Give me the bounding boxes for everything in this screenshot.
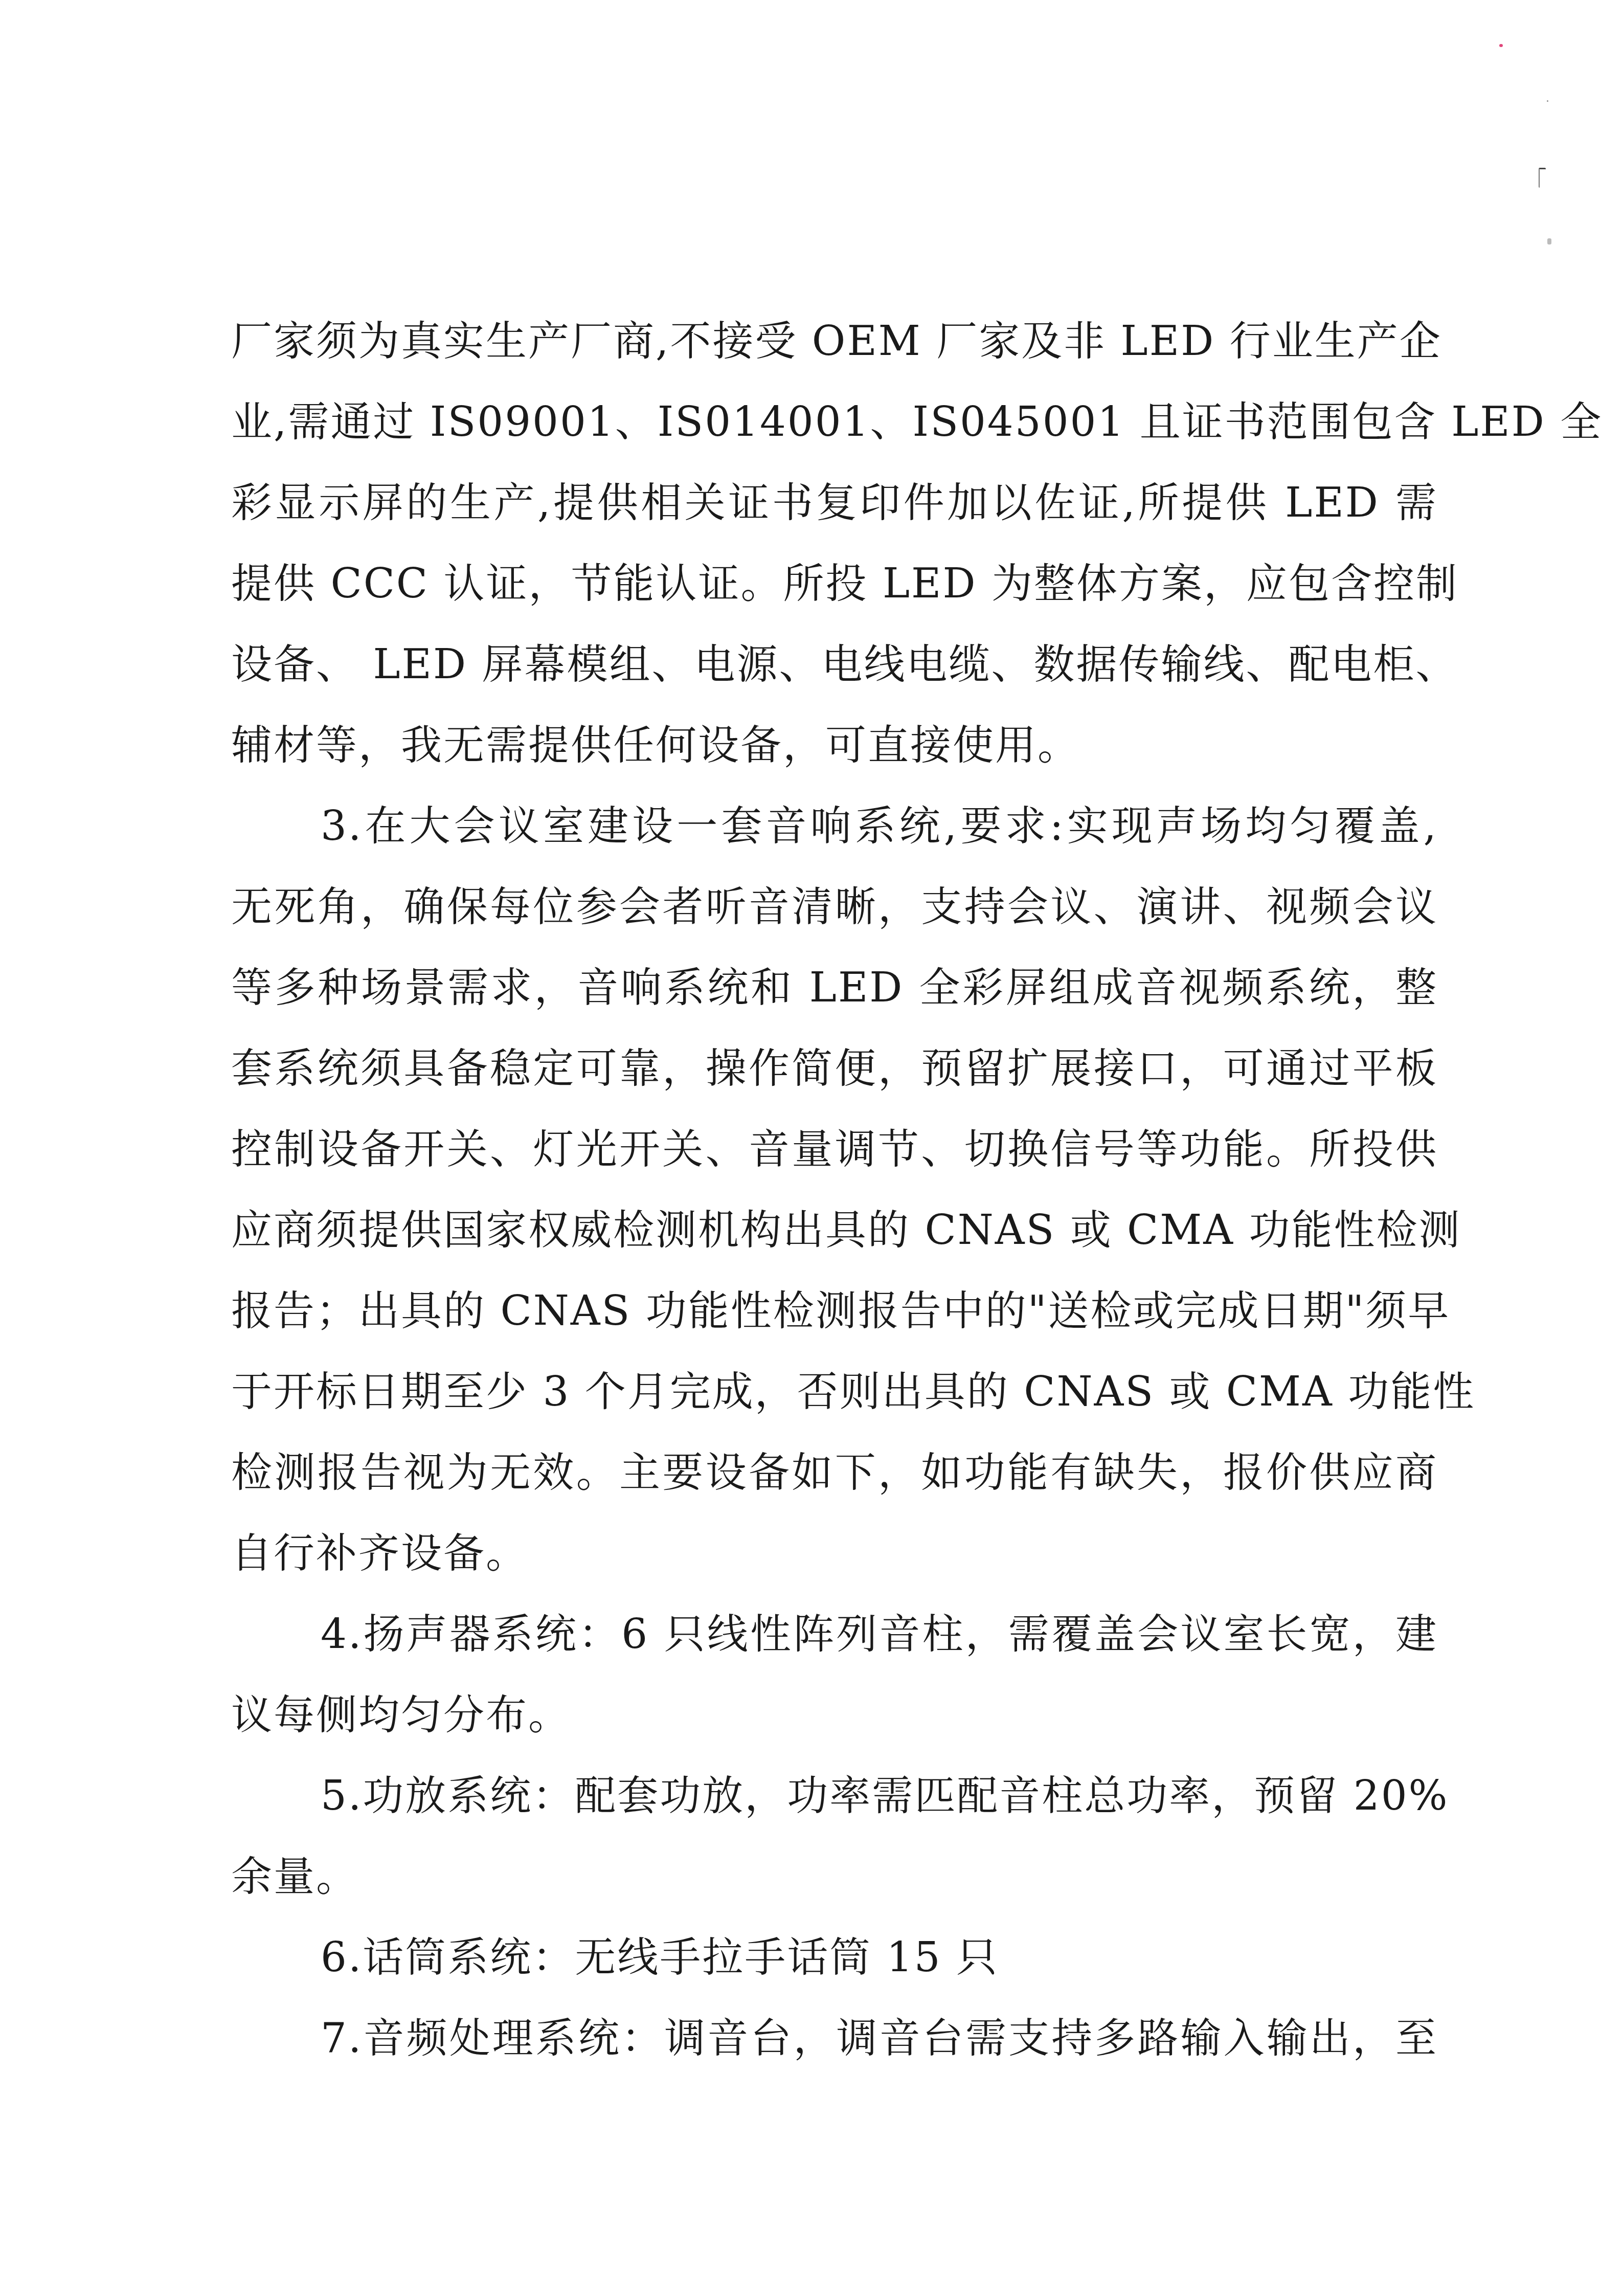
text-line: 彩显示屏的生产,提供相关证书复印件加以佐证,所提供 LED 需 bbox=[231, 462, 1438, 543]
text-line: 设备、 LED 屏幕模组、电源、电线电缆、数据传输线、配电柜、 bbox=[231, 624, 1438, 705]
paragraph-item-5: 5.功放系统：配套功放，功率需匹配音柱总功率，预留 20% 余量。 bbox=[231, 1755, 1438, 1917]
text-line: 6.话筒系统：无线手拉手话筒 15 只 bbox=[231, 1917, 1438, 1998]
text-line: 辅材等，我无需提供任何设备，可直接使用。 bbox=[231, 705, 1438, 786]
text-line: 3.在大会议室建设一套音响系统,要求:实现声场均匀覆盖, bbox=[231, 786, 1438, 866]
text-line: 报告；出具的 CNAS 功能性检测报告中的"送检或完成日期"须早 bbox=[231, 1270, 1438, 1351]
text-line: 等多种场景需求，音响系统和 LED 全彩屏组成音视频系统，整 bbox=[231, 947, 1438, 1028]
text-line: 无死角，确保每位参会者听音清晰，支持会议、演讲、视频会议 bbox=[231, 866, 1438, 947]
text-line: 检测报告视为无效。主要设备如下，如功能有缺失，报价供应商 bbox=[231, 1432, 1438, 1513]
text-line: 应商须提供国家权威检测机构出具的 CNAS 或 CMA 功能性检测 bbox=[231, 1190, 1438, 1270]
paragraph-item-3: 3.在大会议室建设一套音响系统,要求:实现声场均匀覆盖, 无死角，确保每位参会者… bbox=[231, 786, 1438, 1594]
text-line: 议每侧均匀分布。 bbox=[231, 1675, 1438, 1755]
text-line: 7.音频处理系统：调音台，调音台需支持多路输入输出，至 bbox=[231, 1998, 1438, 2079]
paragraph-item-7: 7.音频处理系统：调音台，调音台需支持多路输入输出，至 bbox=[231, 1998, 1438, 2079]
text-line: 5.功放系统：配套功放，功率需匹配音柱总功率，预留 20% bbox=[231, 1755, 1438, 1836]
text-line: 厂家须为真实生产厂商,不接受 OEM 厂家及非 LED 行业生产企 bbox=[231, 301, 1438, 382]
body-text: 厂家须为真实生产厂商,不接受 OEM 厂家及非 LED 行业生产企 业,需通过 … bbox=[231, 301, 1438, 2079]
text-line: 套系统须具备稳定可靠，操作简便，预留扩展接口，可通过平板 bbox=[231, 1028, 1438, 1109]
stray-dust-mark bbox=[1547, 100, 1548, 102]
stray-smudge-mark bbox=[1547, 238, 1551, 244]
paragraph-item-4: 4.扬声器系统：6 只线性阵列音柱，需覆盖会议室长宽，建 议每侧均匀分布。 bbox=[231, 1594, 1438, 1755]
stray-scan-mark bbox=[1539, 168, 1546, 188]
text-line: 提供 CCC 认证，节能认证。所投 LED 为整体方案，应包含控制 bbox=[231, 543, 1438, 624]
paragraph-item-6: 6.话筒系统：无线手拉手话筒 15 只 bbox=[231, 1917, 1438, 1998]
text-line: 于开标日期至少 3 个月完成，否则出具的 CNAS 或 CMA 功能性 bbox=[231, 1351, 1438, 1432]
text-line: 控制设备开关、灯光开关、音量调节、切换信号等功能。所投供 bbox=[231, 1109, 1438, 1190]
text-line: 自行补齐设备。 bbox=[231, 1513, 1438, 1594]
text-line: 4.扬声器系统：6 只线性阵列音柱，需覆盖会议室长宽，建 bbox=[231, 1594, 1438, 1675]
text-line: 业,需通过 IS09001、IS014001、IS045001 且证书范围包含 … bbox=[231, 382, 1438, 462]
scanned-page: 厂家须为真实生产厂商,不接受 OEM 厂家及非 LED 行业生产企 业,需通过 … bbox=[0, 0, 1623, 2296]
text-line: 余量。 bbox=[231, 1836, 1438, 1917]
stray-red-mark bbox=[1499, 44, 1503, 47]
paragraph-continued: 厂家须为真实生产厂商,不接受 OEM 厂家及非 LED 行业生产企 业,需通过 … bbox=[231, 301, 1438, 786]
